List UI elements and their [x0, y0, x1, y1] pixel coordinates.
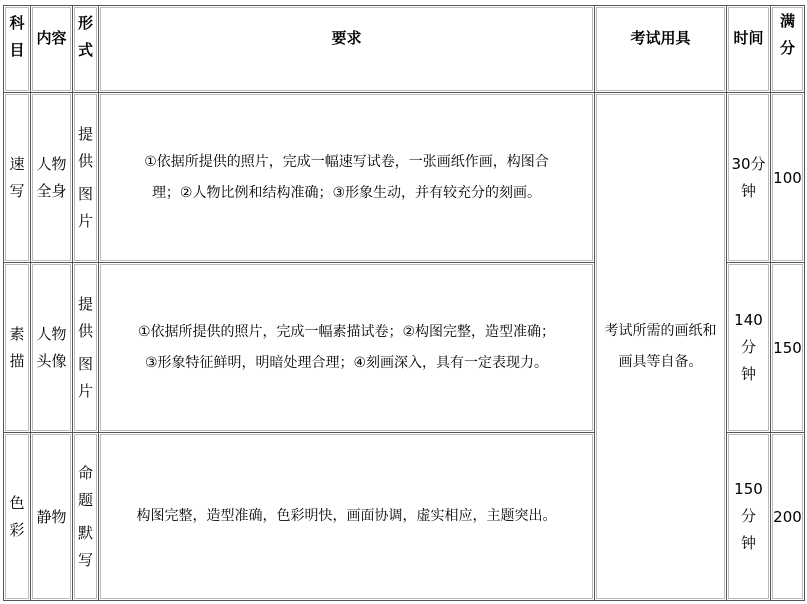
exam-requirements-table: 科目 内容 形式 要求 考试用具 时间 满分 速写 人物全身 提供图片 ①依据所… [3, 5, 805, 601]
row-drawing-content: 人物头像 [30, 262, 73, 433]
row-sketch-time: 30分钟 [726, 92, 771, 263]
row-color-time: 150分钟 [726, 432, 771, 601]
header-content: 内容 [30, 5, 73, 93]
row-color-requirements: 构图完整，造型准确，色彩明快，画面协调，虚实相应，主题突出。 [98, 432, 595, 601]
row-drawing-time: 140分钟 [726, 262, 771, 433]
row-drawing-requirements: ①依据所提供的照片，完成一幅素描试卷；②构图完整，造型准确；③形象特征鲜明，明暗… [98, 262, 595, 433]
row-drawing-format: 提供图片 [72, 262, 99, 433]
header-requirements: 要求 [98, 5, 595, 93]
row-color-content: 静物 [30, 432, 73, 601]
row-sketch-requirements: ①依据所提供的照片，完成一幅速写试卷，一张画纸作画，构图合理；②人物比例和结构准… [98, 92, 595, 263]
row-sketch-format: 提供图片 [72, 92, 99, 263]
row-color-format: 命题默写 [72, 432, 99, 601]
row-color-score: 200 [770, 432, 805, 601]
header-time: 时间 [726, 5, 771, 93]
header-subject: 科目 [3, 5, 31, 93]
row-color-subject: 色彩 [3, 432, 31, 601]
row-sketch-content: 人物全身 [30, 92, 73, 263]
row-sketch-subject: 速写 [3, 92, 31, 263]
row-sketch-score: 100 [770, 92, 805, 263]
row-drawing-subject: 素描 [3, 262, 31, 433]
row-drawing-score: 150 [770, 262, 805, 433]
header-score: 满分 [770, 5, 805, 93]
header-format: 形式 [72, 5, 99, 93]
tools-merged-cell: 考试所需的画纸和画具等自备。 [594, 92, 727, 601]
header-tools: 考试用具 [594, 5, 727, 93]
